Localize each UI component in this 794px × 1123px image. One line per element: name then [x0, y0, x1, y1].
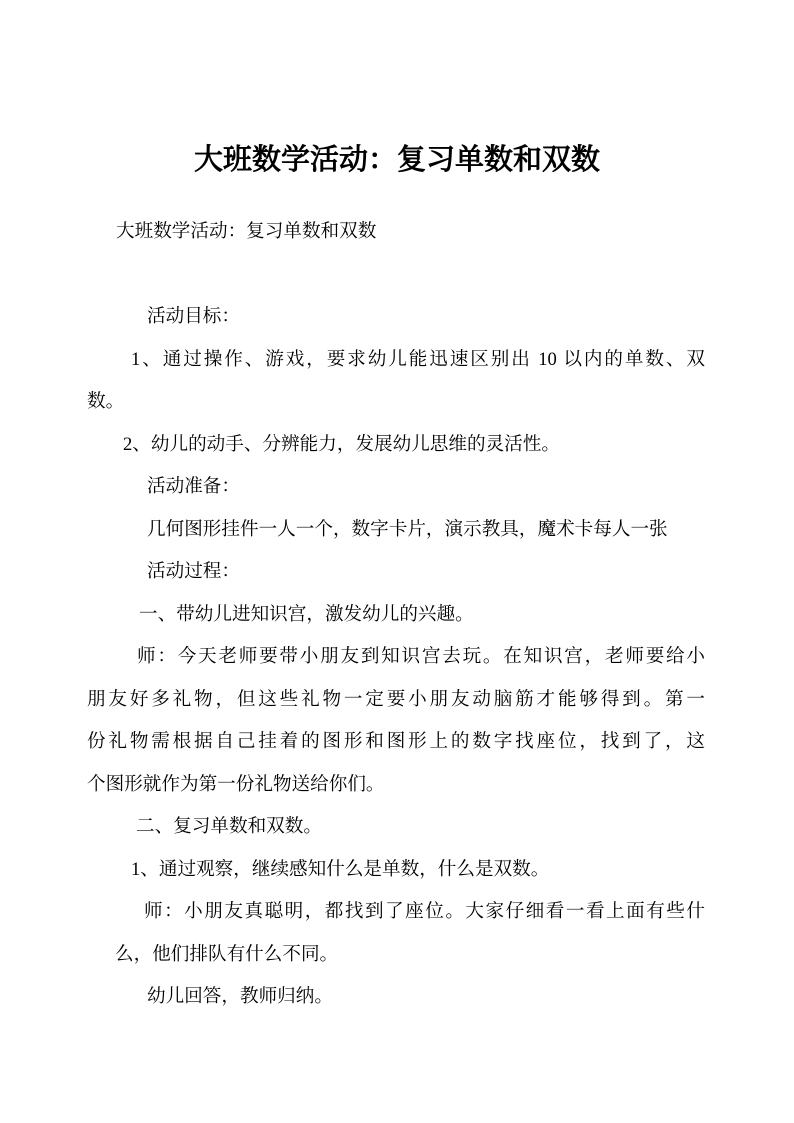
text-line: 1、通过操作、游戏，要求幼儿能迅速区别出 10 以内的单数、双: [131, 338, 705, 381]
text-line: 份礼物需根据自己挂着的图形和图形上的数字找座位，找到了，这: [87, 720, 705, 763]
document-title: 大班数学活动：复习单数和双数: [0, 136, 794, 184]
text-line: 么，他们排队有什么不同。: [115, 933, 338, 976]
text-line: 一、带幼儿进知识宫，激发幼儿的兴趣。: [139, 593, 474, 636]
text-line: 师：今天老师要带小朋友到知识宫去玩。在知识宫，老师要给小: [137, 635, 705, 678]
text-line: 活动目标：: [147, 295, 240, 338]
text-line: 二、复习单数和双数。: [136, 805, 322, 848]
text-line: 活动准备：: [147, 465, 240, 508]
text-line: 朋友好多礼物，但这些礼物一定要小朋友动脑筋才能够得到。第一: [87, 678, 705, 721]
text-line: 幼儿回答，教师归纳。: [147, 975, 333, 1018]
text-line: 师：小朋友真聪明，都找到了座位。大家仔细看一看上面有些什: [144, 890, 705, 933]
document-page: 大班数学活动：复习单数和双数 大班数学活动：复习单数和双数 活动目标：1、通过操…: [0, 0, 794, 1123]
text-line: 1、通过观察，继续感知什么是单数，什么是双数。: [131, 848, 549, 891]
text-line: 数。: [87, 380, 124, 423]
text-line: 个图形就作为第一份礼物送给你们。: [87, 763, 385, 806]
text-line: 2、幼儿的动手、分辨能力，发展幼儿思维的灵活性。: [123, 423, 560, 466]
text-line: 活动过程：: [147, 550, 240, 593]
intro-line: 大班数学活动：复习单数和双数: [116, 210, 376, 253]
text-line: 几何图形挂件一人一个，数字卡片，演示教具，魔术卡每人一张: [147, 508, 668, 551]
